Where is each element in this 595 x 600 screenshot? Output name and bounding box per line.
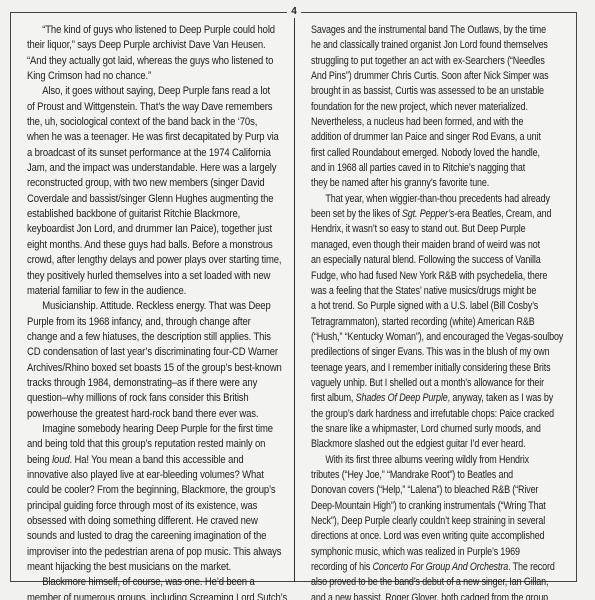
text-line: directions at once. Lord was even writin…	[311, 529, 563, 544]
text-line: tributes (“Hey Joe,” “Mandrake Root”) to…	[311, 468, 563, 483]
text-line: change and a few hiatuses, the descripti…	[27, 330, 287, 345]
text-line: brought in as bassist, Curtis was assess…	[311, 84, 563, 99]
text-line: recording of his Concerto For Group And …	[311, 560, 563, 575]
text-line: member of numerous groups, including Scr…	[27, 591, 287, 600]
text-line: question–why millions of rock fans consi…	[27, 391, 287, 406]
text-line: CD condensation of last year’s discrimin…	[27, 345, 287, 360]
text-line: and a new bassist, Roger Glover, both ca…	[311, 591, 563, 600]
text-line: established backbone of guitarist Ritchi…	[27, 207, 287, 222]
left-text-column: “The kind of guys who listened to Deep P…	[27, 23, 287, 600]
text-line: struggling to put together an act with e…	[311, 54, 563, 69]
text-line: Musicianship. Attitude. Reckless energy.…	[27, 299, 287, 314]
text-line: when he was a teenager. He was first dec…	[27, 130, 287, 145]
text-line: Archives/Rhino boxed set boasts 15 of th…	[27, 361, 287, 376]
text-line: And Pins”) drummer Chris Curtis. Soon af…	[311, 69, 563, 84]
text-line: improviser into the pedestrian arena of …	[27, 545, 287, 560]
text-run: , anyway, taken as I was by	[448, 392, 553, 404]
text-line: Imagine somebody hearing Deep Purple for…	[27, 422, 287, 437]
text-line: meant hijacking the best musicians on th…	[27, 560, 287, 575]
text-line: eight months. And these guys had balls. …	[27, 238, 287, 253]
text-line: a broadcast of its sunset performance at…	[27, 146, 287, 161]
text-line: they be named after his granny’s favorit…	[311, 176, 563, 191]
text-line: Tetragrammaton), started recording (whit…	[311, 315, 563, 330]
text-line: innovative also played live at ear-bleed…	[27, 468, 287, 483]
italic-title: Sgt. Pepper’s	[402, 208, 454, 220]
right-text-column: Savages and the instrumental band The Ou…	[311, 23, 563, 600]
text-line: obsessed with doing something different.…	[27, 514, 287, 529]
text-line: a hot trend. So Purple signed with a U.S…	[311, 299, 563, 314]
text-run: -era Beatles, Cream, and	[454, 208, 551, 220]
italic-title: loud	[52, 454, 69, 466]
text-line: sounds and lusted to drag the careening …	[27, 529, 287, 544]
text-run: been set by the likes of	[311, 208, 402, 220]
text-line: crowd, after lengthy delays and power pl…	[27, 253, 287, 268]
text-line: Deep-Mountain High”) to cranking instrum…	[311, 499, 563, 514]
text-line: With its first three albums veering wild…	[311, 453, 563, 468]
text-line: powerhouse the greatest hard-rock band t…	[27, 407, 287, 422]
text-line: Blackmore himself, of course, was one. H…	[27, 575, 287, 590]
text-line: Nevertheless, a nucleus had been formed,…	[311, 115, 563, 130]
text-line: Neck”), Deep Purple clearly couldn’t kee…	[311, 514, 563, 529]
text-line: teenage years, and I remember initially …	[311, 361, 563, 376]
text-line: Jam, and the impact was understandable. …	[27, 161, 287, 176]
text-line: and in 1968 all parties caved in to Ritc…	[311, 161, 563, 176]
text-line: reconstructed group, with two new member…	[27, 176, 287, 191]
italic-title: Concerto For Group And Orchestra	[373, 561, 509, 573]
text-line: was a feeling that the States’ native mu…	[311, 284, 563, 299]
text-line: an especially natural blend. Following t…	[311, 253, 563, 268]
text-line: vaguely unhip. But I shelled out a month…	[311, 376, 563, 391]
text-line: tracks through 1984, demonstrating–as if…	[27, 376, 287, 391]
text-line: Also, it goes without saying, Deep Purpl…	[27, 84, 287, 99]
text-run: being	[27, 454, 52, 466]
text-line: Purple from its 1968 infancy, and, throu…	[27, 315, 287, 330]
text-line: first called Roundabout emerged. Nobody …	[311, 146, 563, 161]
text-line: managed, even though their maiden brand …	[311, 238, 563, 253]
text-line: (“Hush,” “Kentucky Woman”), and encourag…	[311, 330, 563, 345]
text-line: they positively hurled themselves into a…	[27, 269, 287, 284]
text-run: first album,	[311, 392, 356, 404]
text-line: “And they actually got laid, whereas the…	[27, 54, 287, 69]
text-line: he and classically trained organist Jon …	[311, 38, 563, 53]
text-line: Hendrix, it wasn’t so easy to stand out.…	[311, 222, 563, 237]
text-line: That year, when wiggier-than-thou preced…	[311, 192, 563, 207]
text-line: addition of drummer Ian Paice and singer…	[311, 130, 563, 145]
text-line: keyboardist Jon Lord, and drummer Ian Pa…	[27, 222, 287, 237]
text-line: and being told that this group’s reputat…	[27, 437, 287, 452]
text-line: Donovan covers (“Help,” “Lalena”) to ble…	[311, 483, 563, 498]
text-line: also proved to be the band’s debut of a …	[311, 575, 563, 590]
text-line: principal guiding force through most of …	[27, 499, 287, 514]
text-line: symphonic music, which was realized in P…	[311, 545, 563, 560]
text-line: the group’s dark hardness and irrefutabl…	[311, 407, 563, 422]
text-line: predilections of singer Evans. This was …	[311, 345, 563, 360]
text-line: foundation for the new project, which ne…	[311, 100, 563, 115]
text-line: Fudge, who had fused New York R&B with p…	[311, 269, 563, 284]
text-line: first album, Shades Of Deep Purple, anyw…	[311, 391, 563, 406]
text-line: King Crimson had no chance.”	[27, 69, 287, 84]
text-line: the snare like a whipmaster, Lord churne…	[311, 422, 563, 437]
text-line: “The kind of guys who listened to Deep P…	[27, 23, 287, 38]
text-run: recording of his	[311, 561, 373, 573]
text-run: . Ha! You mean a band this accessible an…	[70, 454, 244, 466]
text-line: been set by the likes of Sgt. Pepper’s-e…	[311, 207, 563, 222]
column-divider	[294, 12, 295, 582]
text-line: of Proust and Wittgenstein. That’s the w…	[27, 100, 287, 115]
italic-title: Shades Of Deep Purple	[356, 392, 448, 404]
text-line: could be cooler? From the beginning, Bla…	[27, 483, 287, 498]
text-line: material familiar to few in the audience…	[27, 284, 287, 299]
text-line: the, uh, sociological context of the ban…	[27, 115, 287, 130]
text-run: . The record	[508, 561, 555, 573]
text-line: being loud. Ha! You mean a band this acc…	[27, 453, 287, 468]
text-line: Savages and the instrumental band The Ou…	[311, 23, 563, 38]
text-line: their liquor,” says Deep Purple archivis…	[27, 38, 287, 53]
text-line: Coverdale and bassist/singer Glenn Hughe…	[27, 192, 287, 207]
page-number: 4	[287, 6, 301, 18]
text-line: Blackmore slashed out the edgiest guitar…	[311, 437, 563, 452]
